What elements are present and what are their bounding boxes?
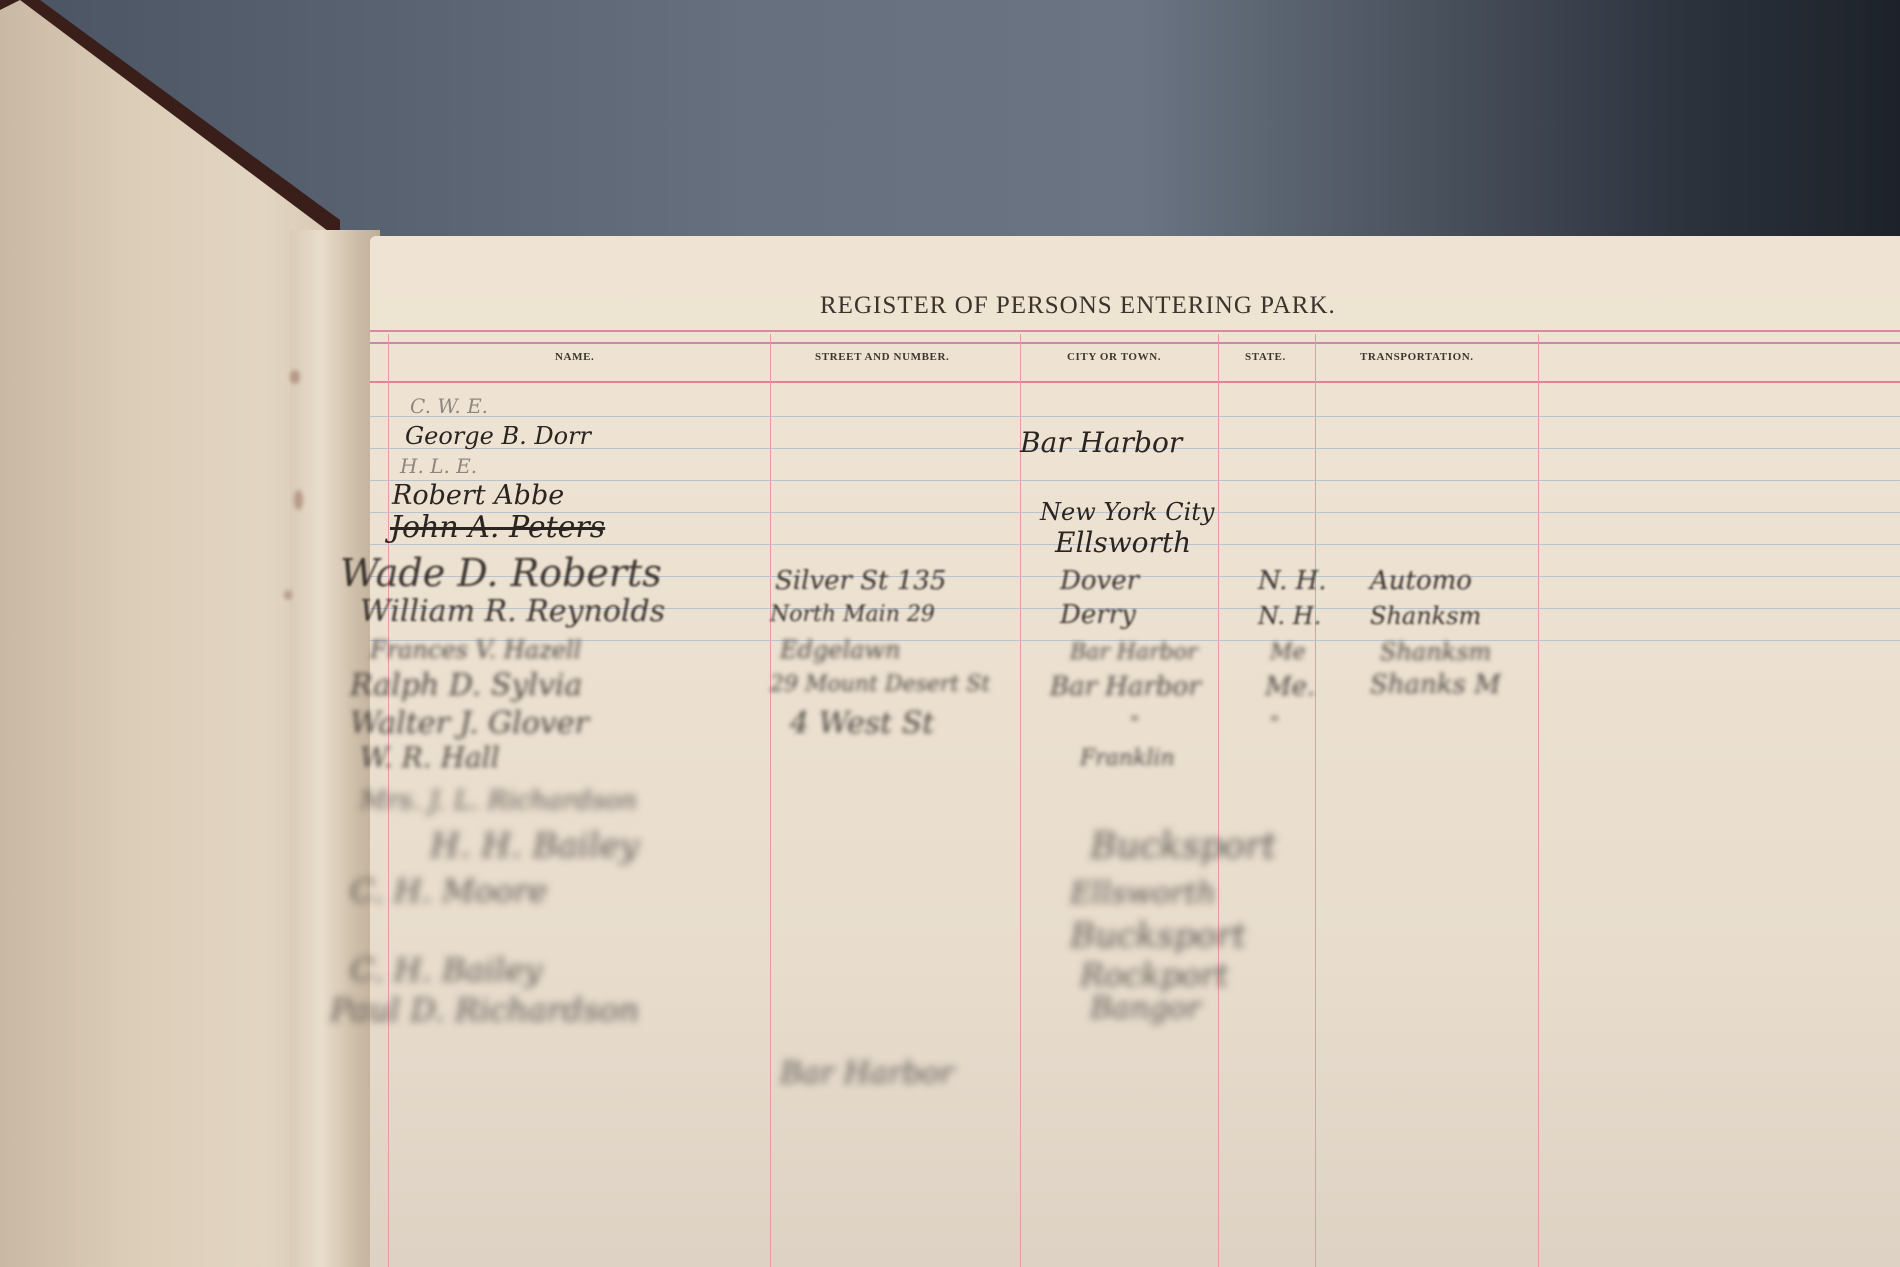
entry-name: H. H. Bailey	[430, 826, 639, 866]
entry-city: Derry	[1060, 600, 1136, 630]
entry-name: Mrs. J. L. Richardson	[360, 786, 637, 816]
entry-city: Franklin	[1080, 746, 1175, 771]
stain	[284, 590, 292, 600]
entry-name: William R. Reynolds	[360, 594, 665, 629]
entry-city: Bucksport	[1070, 916, 1246, 956]
column-header-street: STREET AND NUMBER.	[815, 351, 949, 363]
entry-name: C. W. E.	[410, 394, 488, 418]
line	[370, 480, 1900, 481]
column-divider	[770, 334, 771, 1267]
entry-state: "	[1270, 711, 1279, 735]
entry-state: N. H.	[1258, 602, 1321, 630]
entry-name: Ralph D. Sylvia	[350, 668, 582, 703]
column-divider	[1315, 334, 1316, 1267]
entry-street: Silver St 135	[775, 566, 946, 596]
entry-city: New York City	[1040, 498, 1214, 526]
line	[370, 416, 1900, 417]
entry-city: Bucksport	[1090, 826, 1277, 867]
entry-city: "	[1130, 711, 1139, 735]
entry-name: H. L. E.	[400, 454, 477, 478]
entry-name: Robert Abbe	[392, 480, 564, 511]
column-divider	[1020, 334, 1021, 1267]
entry-city: Dover	[1060, 566, 1139, 596]
entry-name: Walter J. Glover	[350, 706, 589, 741]
column-header-city: CITY OR TOWN.	[1067, 351, 1161, 363]
entry-transportation: Automo	[1370, 566, 1472, 596]
entry-name: C. H. Moore	[350, 872, 547, 910]
column-header-name: NAME.	[555, 351, 594, 363]
entry-city: Bar Harbor	[1020, 426, 1182, 459]
entry-city: Bangor	[1090, 991, 1201, 1026]
double-rule	[370, 330, 1900, 344]
column-header-transportation: TRANSPORTATION.	[1360, 351, 1474, 363]
stain	[290, 370, 300, 384]
entry-name: Frances V. Hazell	[370, 636, 581, 664]
entry-street: North Main 29	[770, 602, 935, 627]
entry-transportation: Shanksm	[1380, 638, 1491, 666]
entry-state: Me	[1270, 640, 1306, 665]
entry-state: Me.	[1265, 672, 1315, 702]
column-divider	[1218, 334, 1219, 1267]
entry-name: Wade D. Roberts	[340, 551, 662, 595]
column-header-state: STATE.	[1245, 351, 1286, 363]
stain	[294, 490, 303, 510]
entry-street: Edgelawn	[780, 636, 900, 664]
entry-name: C. H. Bailey	[350, 951, 542, 989]
entry-city: Bar Harbor	[1070, 640, 1197, 665]
entry-name: Paul D. Richardson	[330, 991, 639, 1029]
entry-city: Ellsworth	[1070, 876, 1216, 911]
register-title: REGISTER OF PERSONS ENTERING PARK.	[820, 292, 1336, 320]
entry-city: Bar Harbor	[1050, 672, 1201, 702]
column-divider	[1538, 334, 1539, 1267]
entry-transportation: Shanks M	[1370, 670, 1501, 700]
header-rule	[370, 381, 1900, 383]
entry-street: 4 West St	[790, 706, 934, 741]
entry-street: 29 Mount Desert St	[770, 672, 990, 697]
entry-city: Rockport	[1080, 956, 1229, 994]
entry-name: John A. Peters	[390, 510, 605, 545]
entry-city: Ellsworth	[1055, 526, 1191, 559]
entry-street: Bar Harbor	[780, 1056, 954, 1091]
entry-state: N. H.	[1258, 566, 1327, 596]
entry-name: George B. Dorr	[405, 422, 591, 450]
entry-name: W. R. Hall	[360, 741, 500, 774]
entry-transportation: Shanksm	[1370, 602, 1481, 630]
register-page: REGISTER OF PERSONS ENTERING PARK. NAME.…	[370, 236, 1900, 1267]
